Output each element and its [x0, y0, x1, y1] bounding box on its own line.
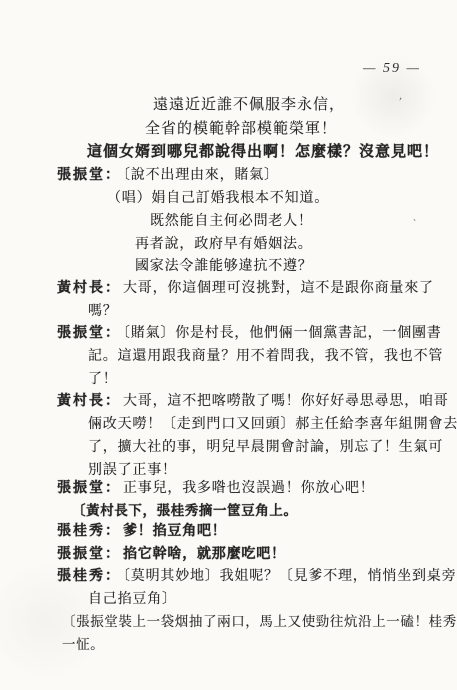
- speaker-name: 張振堂：: [57, 326, 121, 341]
- dialogue-line: 嗎？: [88, 300, 118, 320]
- dialogue-text: 掐它幹啥，就那麼吃吧！: [123, 547, 286, 562]
- verse-line: 遠遠近近誰不佩服李永信，: [153, 93, 345, 114]
- verse-line: 這個女婿到哪兒都說得出啊！怎麼樣？沒意見吧！: [87, 140, 439, 161]
- stage-direction: 一怔。: [62, 633, 104, 653]
- speaker-name: 張振堂：: [57, 547, 121, 562]
- song-line: （唱）娟自己訂婚我根本不知道。: [107, 187, 329, 207]
- speaker-name: 張桂秀：: [57, 569, 121, 584]
- dialogue-line: 張振堂：正事兒，我多喒也沒誤過！你放心吧！: [57, 477, 375, 497]
- dialogue-text: 爹！掐豆角吧！: [123, 524, 227, 539]
- song-line: 國家法令誰能够違抗不遵？: [135, 255, 313, 275]
- dialogue-line: 張桂秀：〔莫明其妙地〕我姐呢？〔見爹不理，悄悄坐到桌旁去: [57, 565, 457, 585]
- scan-speckle: `: [411, 218, 417, 231]
- dialogue-line: 張桂秀：爹！掐豆角吧！: [57, 520, 227, 540]
- dialogue-line: 張振堂：〔賭氣〕你是村長，他們倆一個黨書記，一個團書: [57, 322, 442, 342]
- dialogue-text: 〔賭氣〕你是村長，他們倆一個黨書記，一個團書: [123, 326, 442, 341]
- dialogue-line: 黃村長：大哥，這不把喀嘮散了嗎！你好好尋思尋思，咱哥: [57, 390, 449, 410]
- stage-direction: 〔黃村長下，張桂秀摘一筐豆角上。: [72, 499, 298, 519]
- dialogue-line: 黃村長：大哥，你這個理可沒挑對，這不是跟你商量來了: [57, 277, 434, 297]
- speaker-name: 張桂秀：: [57, 524, 121, 539]
- dialogue-line: 了，擴大社的事，明兒早晨開會討論，別忘了！生氣可: [88, 436, 443, 456]
- dialogue-line: 記。這還用跟我商量？用不着問我，我不管，我也不管: [88, 345, 443, 365]
- scan-speckle: ’: [397, 96, 403, 109]
- dialogue-text: 〔莫明其妙地〕我姐呢？〔見爹不理，悄悄坐到桌旁去: [123, 569, 457, 584]
- dialogue-line: 張振堂：〔說不出理由來，賭氣〕: [57, 164, 279, 184]
- dialogue-line: 別誤了正事！: [88, 459, 177, 479]
- speaker-name: 張振堂：: [57, 481, 121, 496]
- song-line: 既然能自主何必問老人！: [150, 210, 313, 230]
- dialogue-text: 〔說不出理由來，賭氣〕: [123, 168, 279, 183]
- dialogue-line: 了！: [88, 368, 118, 388]
- stage-direction: 〔張振堂裝上一袋烟抽了兩口，馬上又使勁往炕沿上一磕！桂秀: [62, 610, 457, 630]
- dialogue-text: 大哥，這不把喀嘮散了嗎！你好好尋思尋思，咱哥: [123, 394, 449, 409]
- speaker-name: 黃村長：: [57, 394, 121, 409]
- dialogue-line: 倆改天嘮！〔走到門口又回頭〕郝主任給李喜年組開會去: [88, 413, 457, 433]
- page-number: — 59 —: [363, 61, 421, 77]
- dialogue-line: 張振堂：掐它幹啥，就那麼吃吧！: [57, 543, 286, 563]
- book-page: — 59 — ’ ` 遠遠近近誰不佩服李永信， 全省的模範幹部模範榮軍！ 這個女…: [0, 0, 457, 690]
- song-line: 再者說，政府早有婚姻法。: [135, 233, 313, 253]
- dialogue-text: 正事兒，我多喒也沒誤過！你放心吧！: [123, 481, 375, 496]
- dialogue-text: 大哥，你這個理可沒挑對，這不是跟你商量來了: [123, 281, 434, 296]
- speaker-name: 黃村長：: [57, 281, 121, 296]
- speaker-name: 張振堂：: [57, 168, 121, 183]
- dialogue-line: 自己掐豆角〕: [88, 588, 177, 608]
- verse-line: 全省的模範幹部模範榮軍！: [145, 117, 337, 138]
